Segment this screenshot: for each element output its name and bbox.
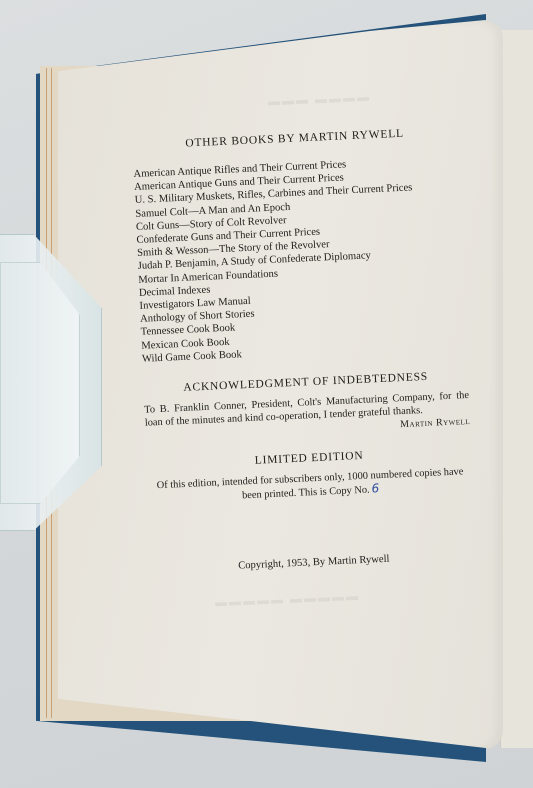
next-page-edge	[500, 30, 533, 748]
limited-edition-text: Of this edition, intended for subscriber…	[156, 466, 463, 501]
photo-scene: ▬▬▬ ▬▬▬▬ ▬▬▬▬▬ ▬▬▬▬▬ OTHER BOOKS BY MART…	[0, 0, 533, 788]
book-list: American Antique Rifles and Their Curren…	[133, 153, 467, 366]
limited-edition-paragraph: Of this edition, intended for subscriber…	[147, 465, 473, 507]
handwritten-copy-number: 6	[371, 481, 379, 495]
page-content: OTHER BOOKS BY MARTIN RYWELL American An…	[132, 125, 476, 575]
